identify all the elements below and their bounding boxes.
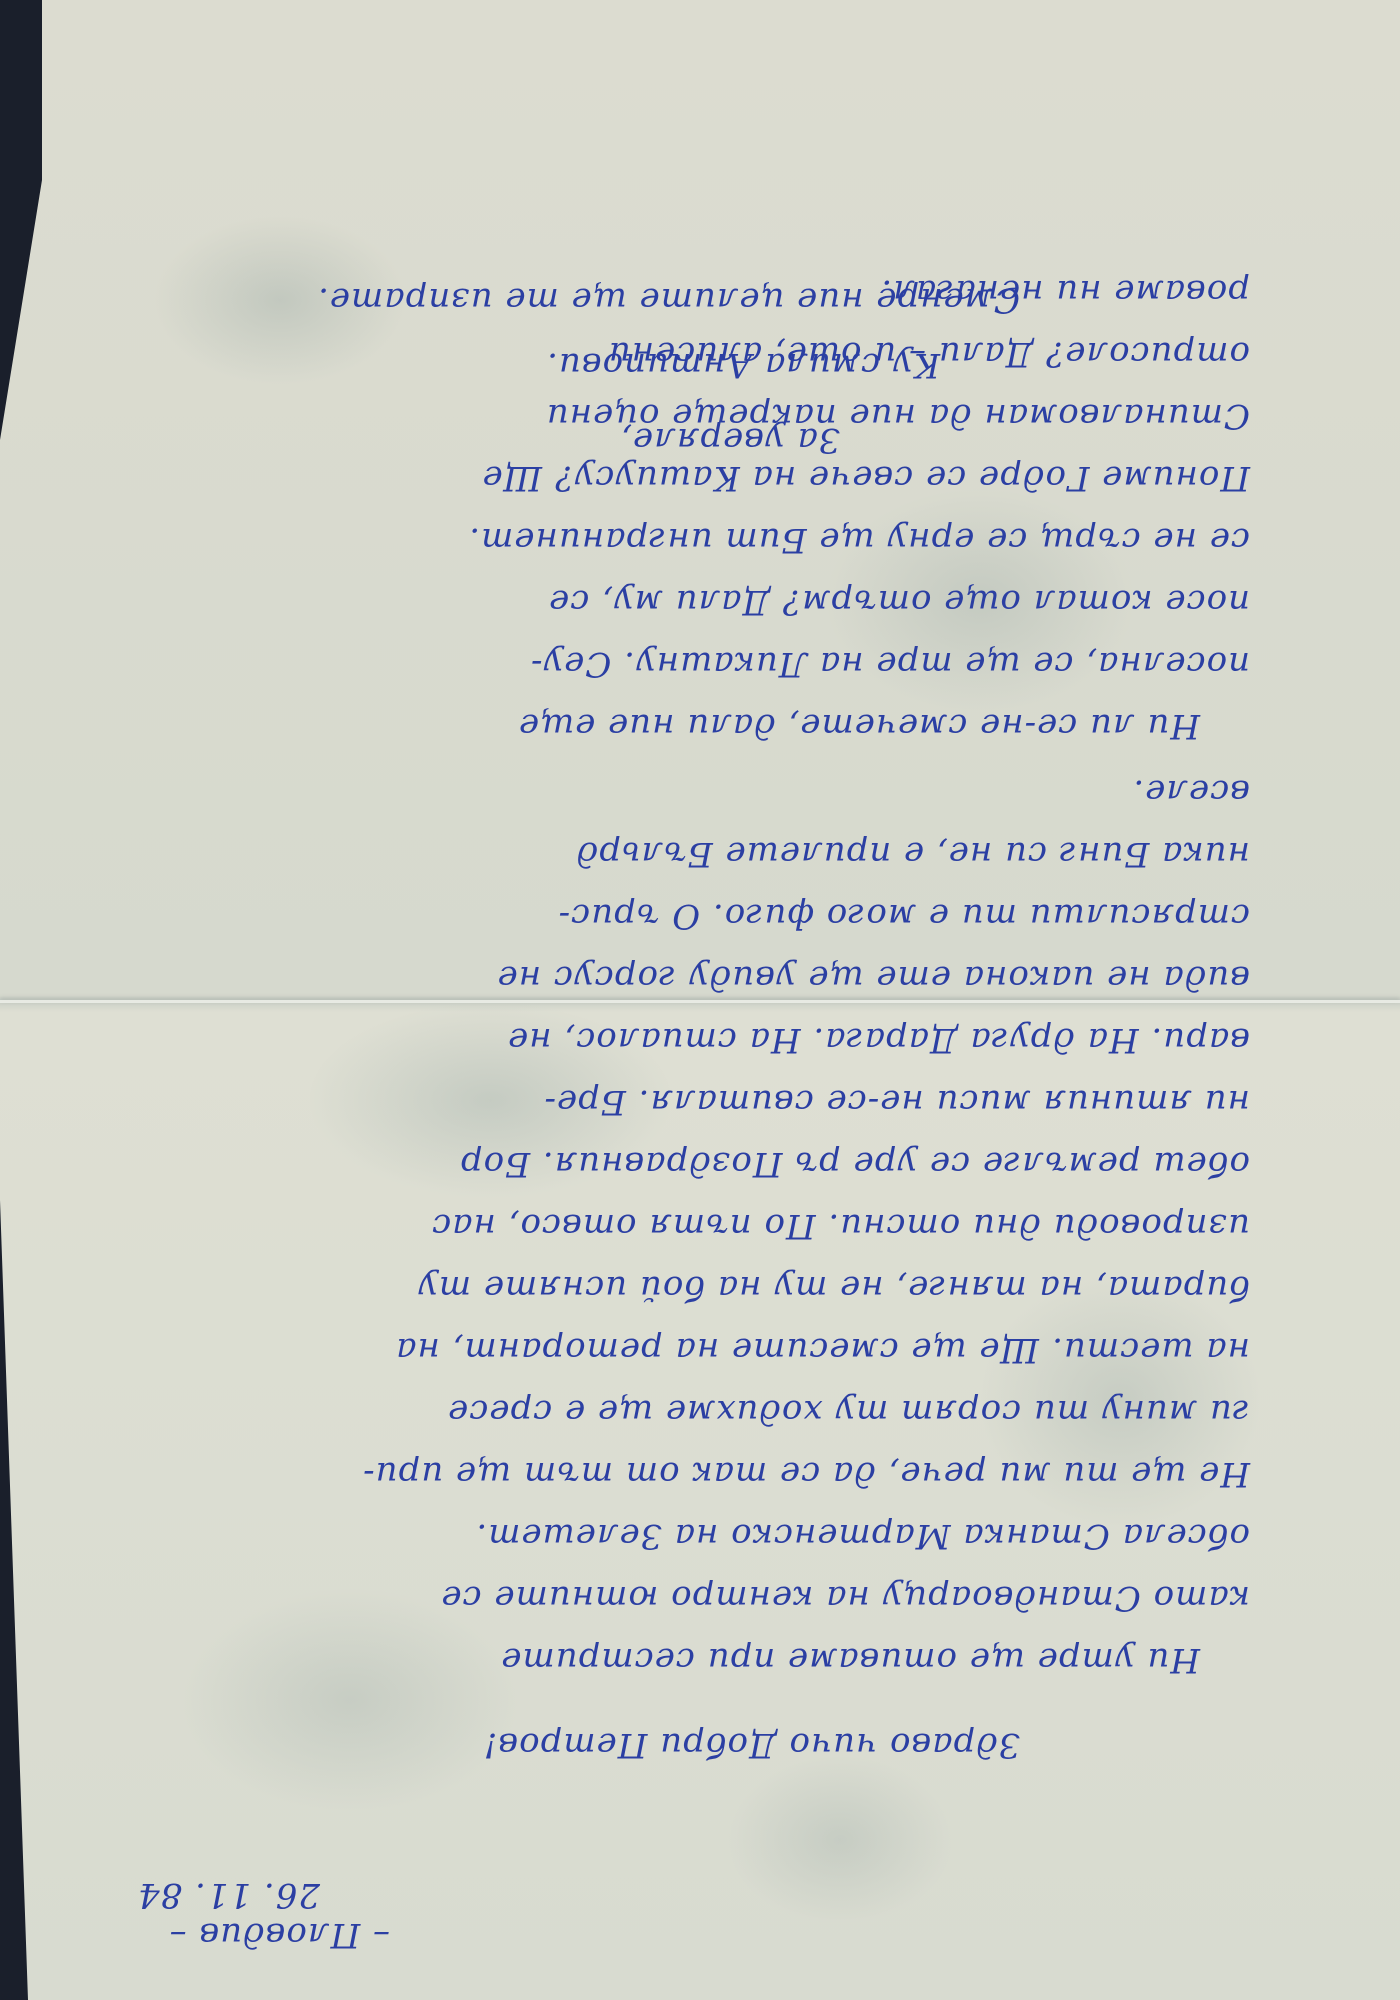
letter-line: като Стандвоарцу на кентро ютните се — [441, 1578, 1250, 1618]
letter-closing-line: Сменре ние целите ще те изпрате. — [317, 280, 1020, 320]
letter-greeting: Здраво чичо Добри Петров! — [483, 1725, 1020, 1765]
letter-line: на шести. Ще ще смесите на реторант, на — [395, 1330, 1250, 1370]
letter-line: Пониме Годре се свече на Кашиусу? Ще — [482, 458, 1250, 498]
letter-line: изпроводи дни отсни. По пътя отвсо, нас — [431, 1206, 1250, 1246]
letter-line: вида не иакона ете ще увиду горсус не — [497, 958, 1250, 998]
letter-line: Ни ли се-не смечете, дали ние еще — [518, 706, 1200, 746]
letter-line: Не ще ти ми рече, да се так от тът ще ир… — [362, 1454, 1250, 1494]
letter-line: посе котал още отърм? Дали му, се — [548, 582, 1250, 622]
letter-closing-line: Ку смила Антипови. — [546, 345, 940, 385]
letter-line: вари. На друга Дарага. На стиалос, не — [507, 1020, 1250, 1060]
letter-closing-line: За уверяле, — [620, 420, 840, 460]
letter-line: стрясилши ти е мого фиго. О ърис- — [558, 896, 1250, 936]
letter-line: обеш ремълге се уре ръ Поздравния. Бор — [460, 1144, 1250, 1184]
letter-line: поселна, се ще тре на Ликашну. Сеу- — [530, 644, 1250, 684]
handwritten-letter: – Пловдив – 26. 11. 84 Здраво чичо Добри… — [0, 0, 1400, 2000]
letter-line: вселе. — [1132, 772, 1250, 812]
letter-line: бирата, на тянге, не ту на бой исняте ту — [417, 1268, 1250, 1308]
letter-place: – Пловдив – — [169, 1915, 390, 1955]
letter-line: Ни утре ще отиваме при сестрите — [500, 1640, 1200, 1680]
letter-date: 26. 11. 84 — [137, 1875, 320, 1915]
letter-line: ги мину ти сорят ту ходихме ще е сресе — [447, 1392, 1250, 1432]
letter-line: ни ятиния миси не-се свиталя. Бре- — [543, 1082, 1250, 1122]
letter-line: обсела Станка Мартенско на Зелешет. — [475, 1516, 1250, 1556]
letter-line: ника Бинг си не, е прилеше Бъльрд — [576, 834, 1250, 874]
letter-line: се не сърщ се ерну ще Бит ингранинет. — [468, 520, 1250, 560]
